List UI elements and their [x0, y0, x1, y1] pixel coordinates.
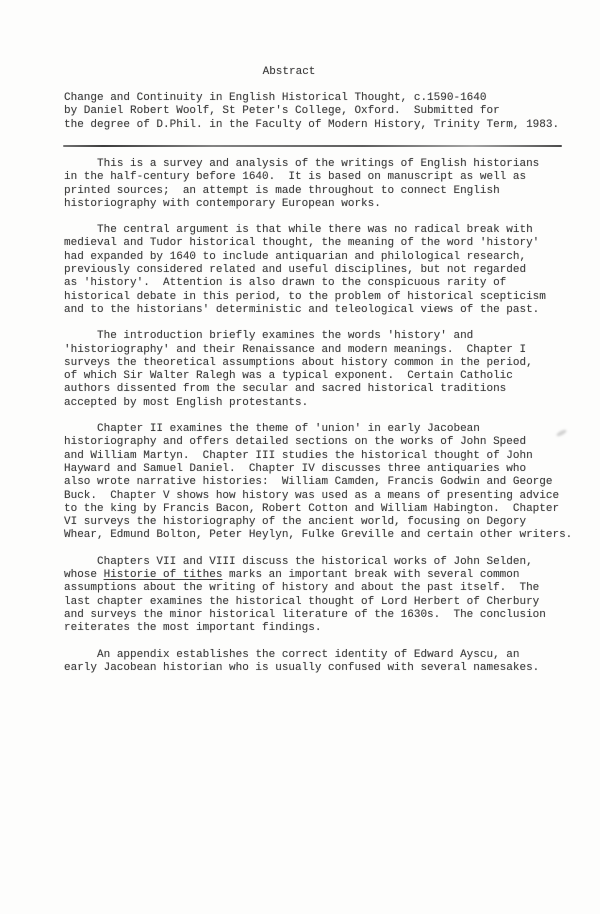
horizontal-rule	[63, 145, 562, 147]
abstract-body: This is a survey and analysis of the wri…	[64, 158, 576, 688]
paragraph-appendix: An appendix establishes the correct iden…	[64, 649, 576, 676]
scanned-abstract-page: Abstract Change and Continuity in Englis…	[0, 0, 600, 914]
thesis-title-line: Change and Continuity in English Histori…	[64, 92, 576, 105]
thesis-degree-line: the degree of D.Phil. in the Faculty of …	[64, 119, 576, 132]
paragraph-survey: This is a survey and analysis of the wri…	[64, 158, 576, 211]
thesis-header: Change and Continuity in English Histori…	[64, 92, 576, 132]
thesis-author-line: by Daniel Robert Woolf, St Peter's Colle…	[64, 105, 576, 118]
paragraph-central-argument: The central argument is that while there…	[64, 224, 576, 317]
page-title: Abstract	[0, 66, 578, 79]
paragraph-chapters-2-6: Chapter II examines the theme of 'union'…	[64, 423, 576, 543]
paragraph-introduction: The introduction briefly examines the wo…	[64, 330, 576, 410]
paragraph-chapters-7-8: Chapters VII and VIII discuss the histor…	[64, 556, 576, 636]
underlined-book-title: Historie of tithes	[104, 569, 223, 581]
